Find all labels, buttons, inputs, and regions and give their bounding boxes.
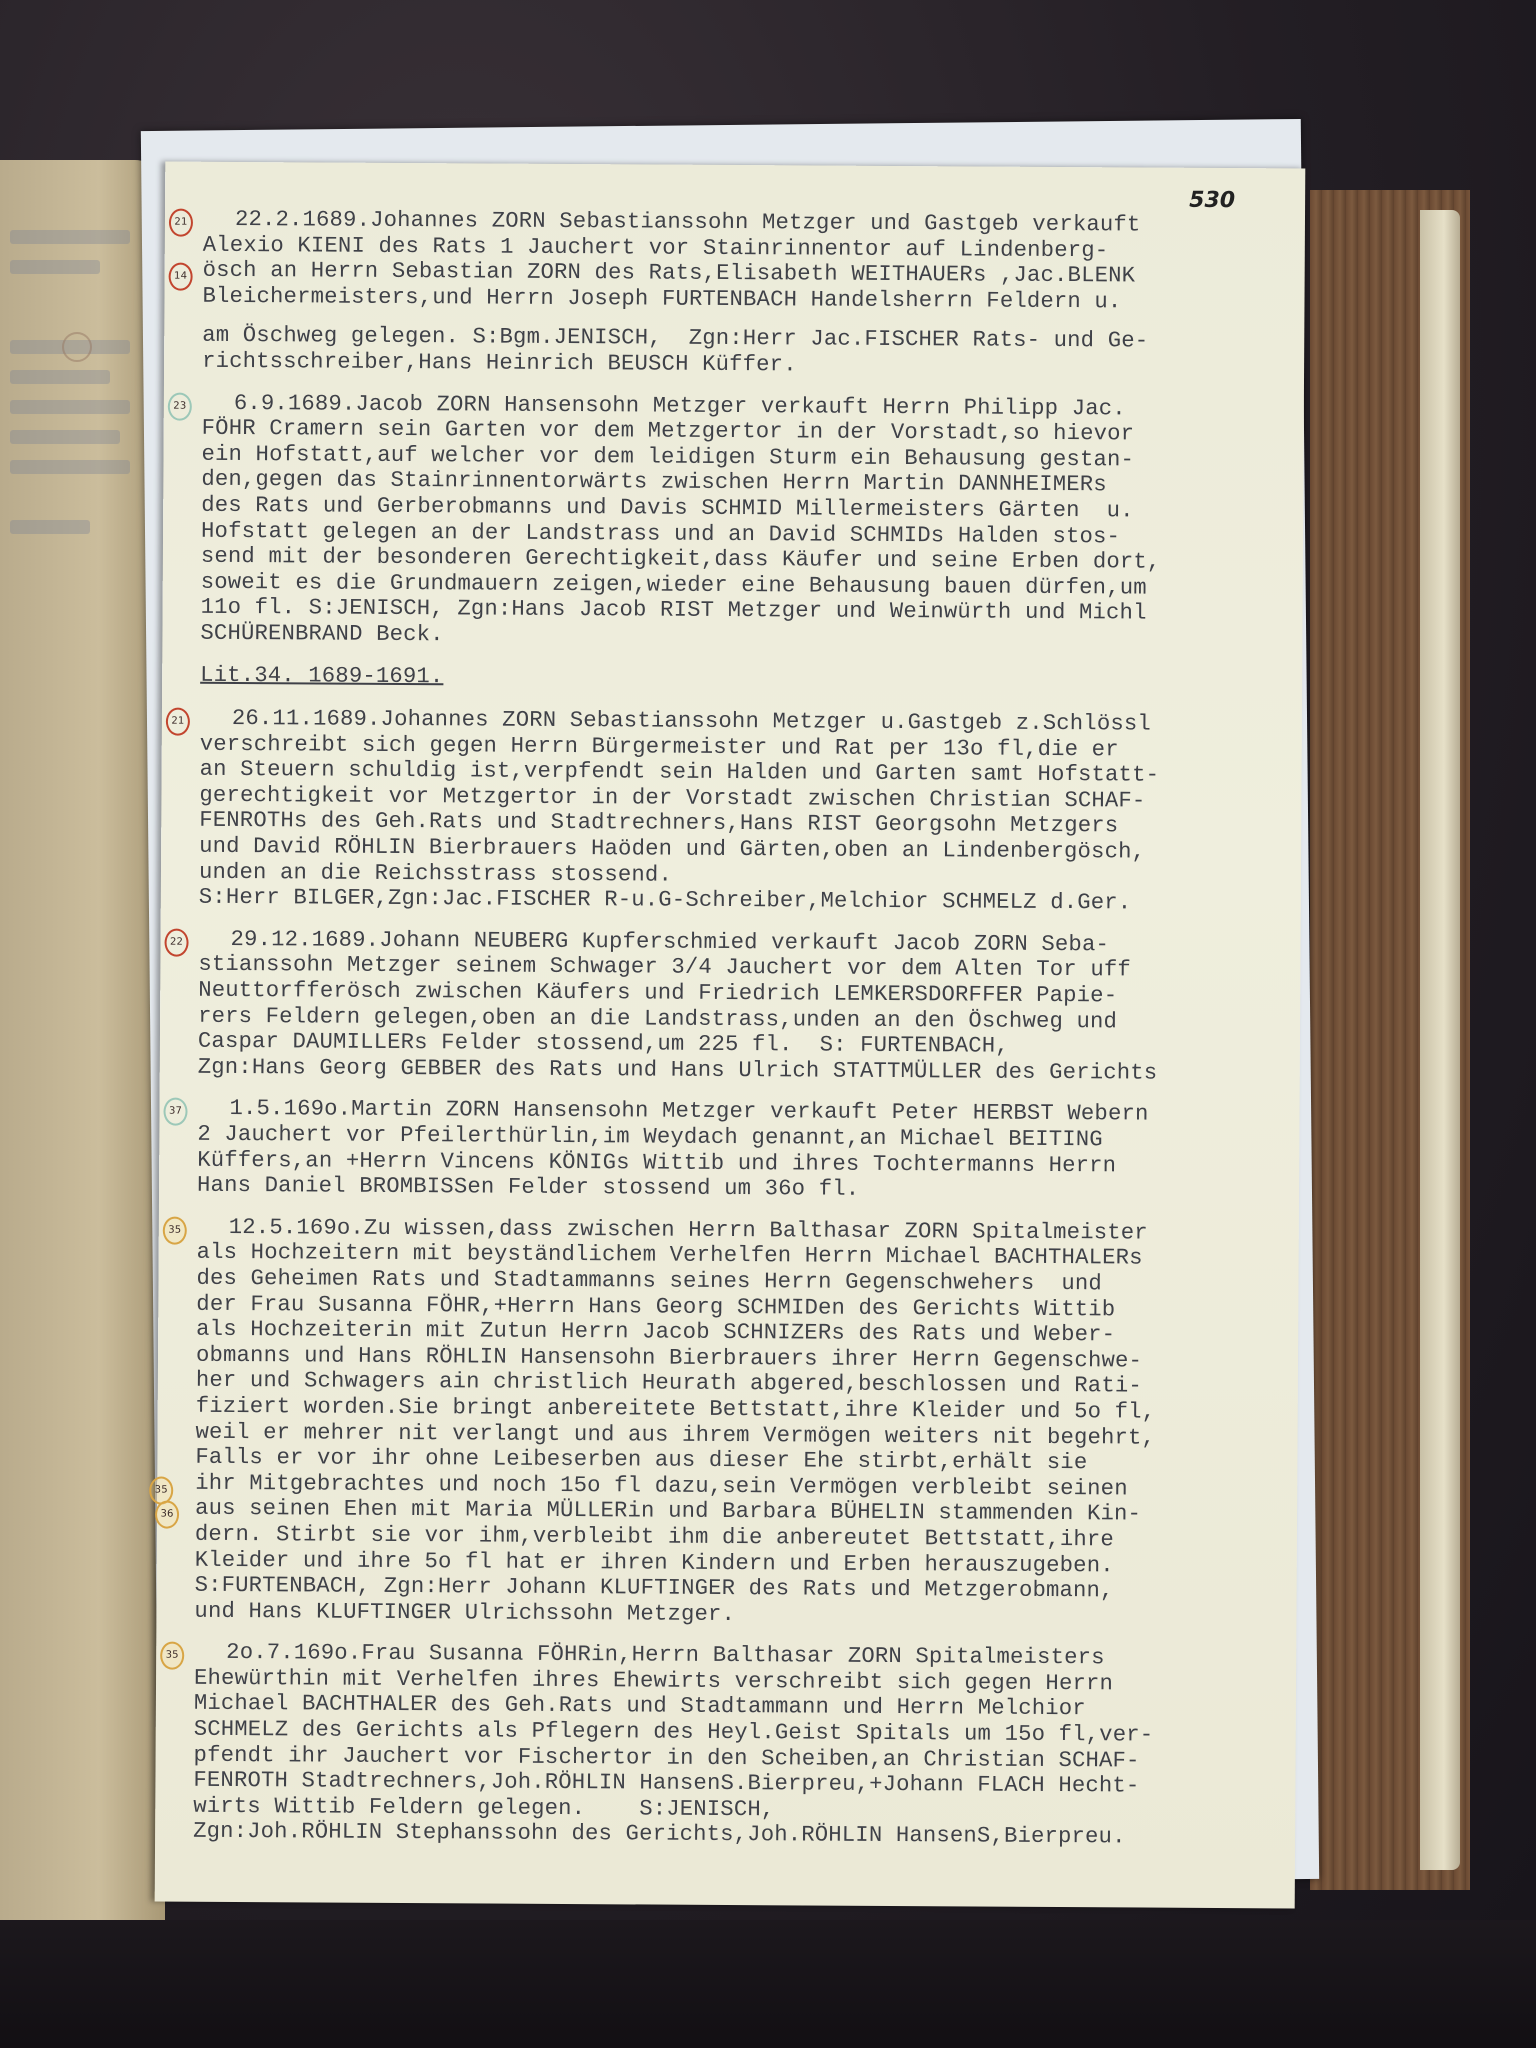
faded-text (10, 460, 130, 474)
entry-1689-02-22: 21 14 22.2.1689.Johannes ZORN Sebastians… (202, 207, 1283, 381)
margin-circle-mark: 21 (169, 209, 193, 237)
faded-margin-mark (62, 332, 92, 362)
faded-text (10, 400, 130, 414)
faded-text (10, 370, 110, 384)
margin-circle-mark: 14 (169, 263, 193, 291)
faded-text (10, 520, 90, 534)
entry-1690-07-20: 35 2o.7.169o.Frau Susanna FÖHRin,Herrn B… (193, 1640, 1274, 1851)
margin-circle-mark: 21 (166, 708, 190, 736)
section-heading: Lit.34. 1689-1691. (200, 662, 1280, 694)
table-surface (0, 1920, 1536, 2048)
book-page-edge (1420, 210, 1460, 1870)
entry-1689-12-29: 22 29.12.1689.Johann NEUBERG Kupferschmi… (198, 927, 1279, 1087)
entry-line: Zgn:Hans Georg GEBBER des Rats und Hans … (198, 1055, 1278, 1087)
left-book-page (0, 160, 165, 1920)
entry-1690-05-12: 35 35 36 12.5.169o.Zu wissen,dass zwisch… (194, 1215, 1276, 1631)
document-content: 21 14 22.2.1689.Johannes ZORN Sebastians… (193, 207, 1283, 1868)
typed-document-sheet: 530 21 14 22.2.1689.Johannes ZORN Sebast… (155, 162, 1306, 1909)
entry-1689-11-26: 21 26.11.1689.Johannes ZORN Sebastiansso… (199, 706, 1280, 917)
entry-1690-05-01: 37 1.5.169o.Martin ZORN Hansensohn Metzg… (197, 1096, 1278, 1205)
margin-circle-mark: 37 (163, 1098, 187, 1126)
faded-text (10, 260, 100, 274)
margin-circle-mark: 36 (155, 1500, 179, 1528)
page-number: 530 (1189, 188, 1235, 213)
margin-circle-mark: 23 (168, 392, 192, 420)
entry-1689-09-06: 23 6.9.1689.Jacob ZORN Hansensohn Metzge… (200, 390, 1282, 653)
margin-circle-mark: 35 (163, 1216, 187, 1244)
entry-line: S:Herr BILGER,Zgn:Jac.FISCHER R-u.G-Schr… (199, 885, 1279, 917)
faded-text (10, 230, 130, 244)
margin-circle-mark: 22 (164, 928, 188, 956)
faded-text (10, 430, 120, 444)
entry-line: Zgn:Joh.RÖHLIN Stephanssohn des Gerichts… (193, 1819, 1273, 1851)
margin-circle-mark: 35 (160, 1642, 184, 1670)
